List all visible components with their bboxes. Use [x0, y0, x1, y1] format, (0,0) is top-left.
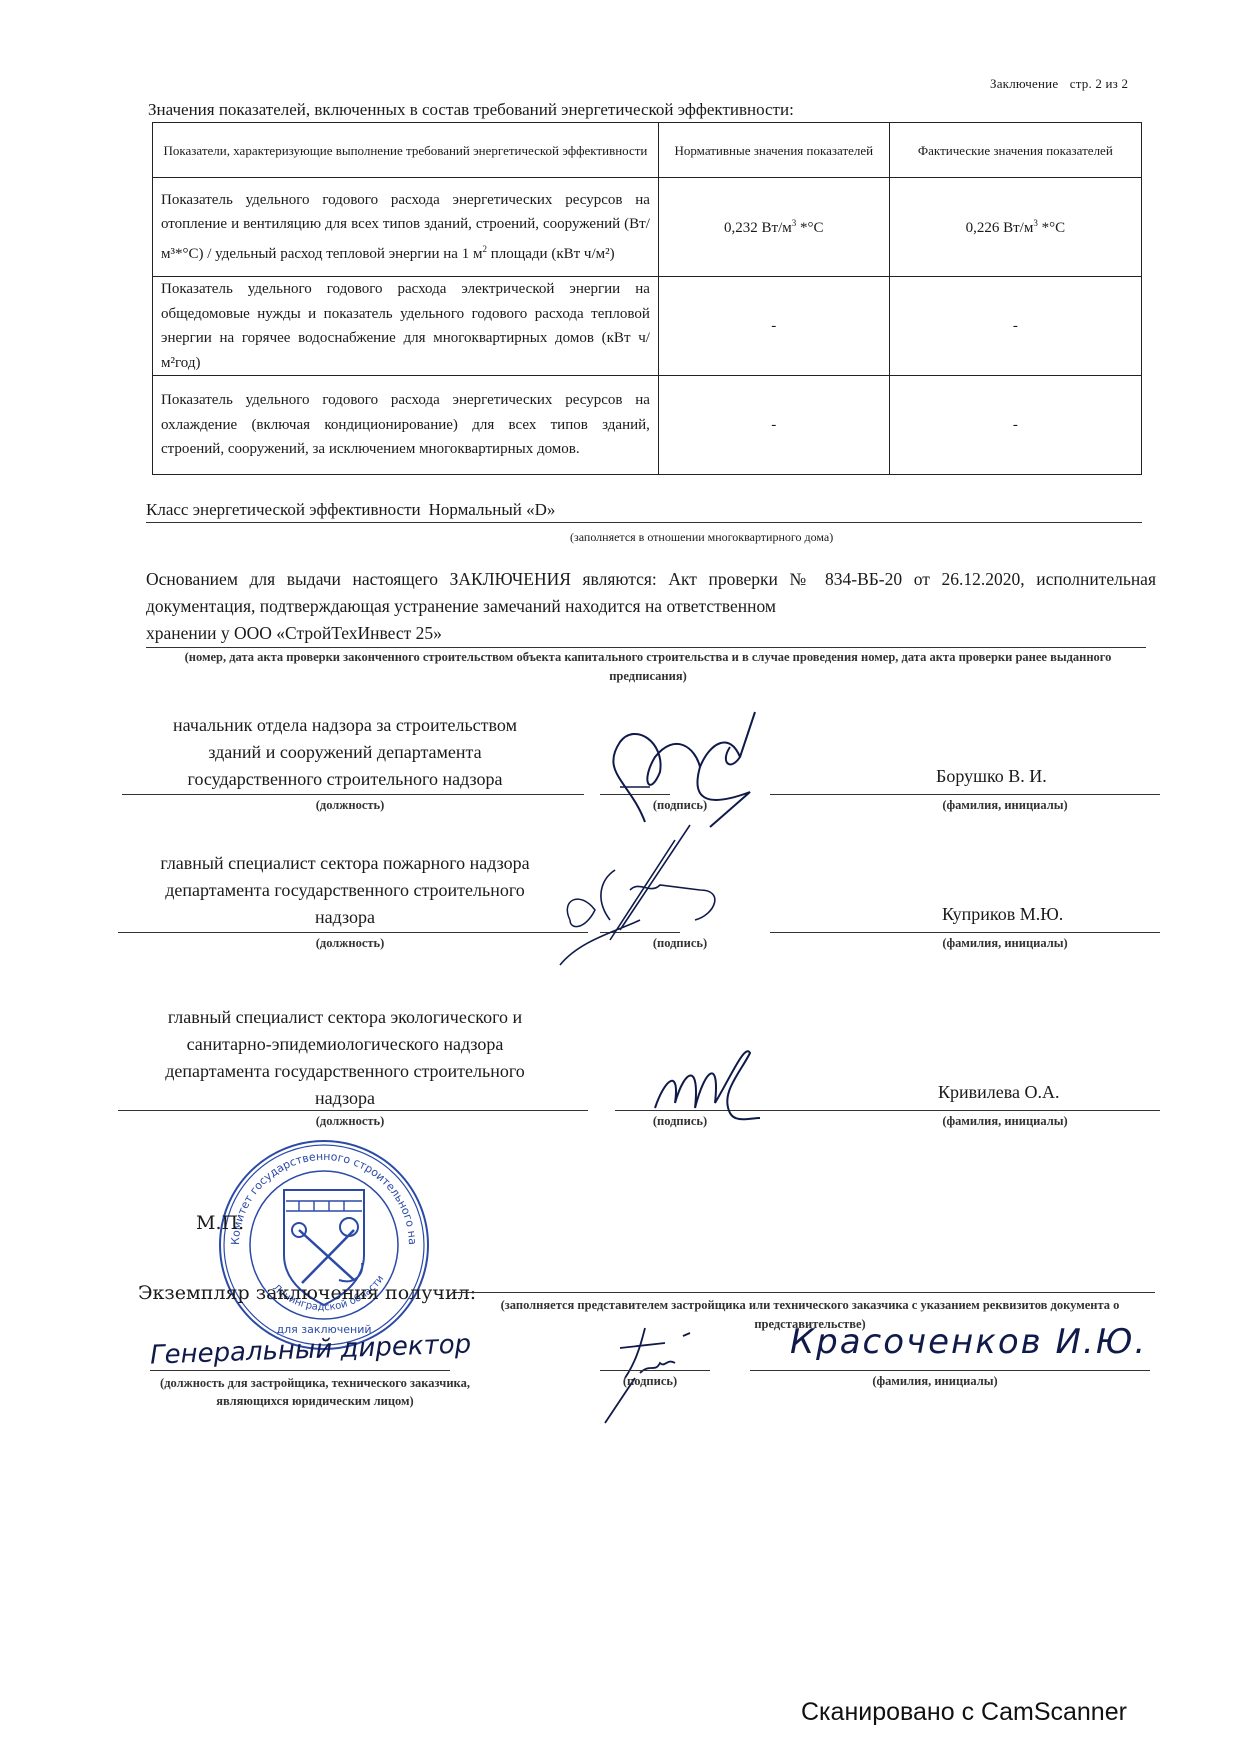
scanner-watermark: Сканировано с CamScanner [801, 1698, 1127, 1727]
table-row: Показатель удельного годового расхода эл… [153, 277, 1142, 376]
signature-scribble [500, 820, 730, 970]
column-header-normative: Нормативные значения показателей [658, 123, 889, 178]
position-line: государственного строительного надзора [110, 766, 580, 793]
signatory-name: Куприков М.Ю. [942, 904, 1063, 925]
row-actual-value: 0,226 Вт/м3 *°С [889, 178, 1141, 277]
energy-class-label: Класс энергетической эффективности [146, 500, 421, 519]
recipient-name-underline [750, 1370, 1150, 1371]
recipient-position-underline [150, 1370, 450, 1371]
signatory-position: начальник отдела надзора за строительств… [110, 712, 580, 793]
doc-label: Заключение [990, 76, 1058, 91]
row-normative-value: 0,232 Вт/м3 *°С [658, 178, 889, 277]
name-underline [770, 794, 1160, 795]
position-caption: (должность) [290, 936, 410, 951]
name-caption: (фамилия, инициалы) [920, 1114, 1090, 1129]
recipient-handwritten-position: Генеральный директор [150, 1329, 472, 1370]
position-line: департамента государственного строительн… [110, 1058, 580, 1085]
row-description: Показатель удельного годового расхода эн… [153, 376, 659, 475]
position-line: санитарно-эпидемиологического надзора [110, 1031, 580, 1058]
signatory-position: главный специалист сектора экологическог… [110, 1004, 580, 1112]
stamp-place-label: М.П. [196, 1212, 244, 1234]
row-actual-value: - [889, 277, 1141, 376]
position-caption: (должность) [290, 798, 410, 813]
section-title: Значения показателей, включенных в соста… [148, 100, 794, 120]
recipient-handwritten-name: Красоченков И.Ю. [790, 1322, 1147, 1362]
page-reference: Заключение стр. 2 из 2 [990, 76, 1128, 92]
column-header-indicator: Показатели, характеризующие выполнение т… [153, 123, 659, 178]
name-underline [770, 932, 1160, 933]
indicators-table: Показатели, характеризующие выполнение т… [152, 122, 1142, 475]
row-description: Показатель удельного годового расхода эл… [153, 277, 659, 376]
row-actual-value: - [889, 376, 1141, 475]
position-line: надзора [110, 1085, 580, 1112]
recipient-label-text: Экземпляр заключения получил [138, 1282, 470, 1304]
official-stamp-icon: Комитет государственного строительного н… [214, 1135, 434, 1355]
row-normative-value: - [658, 277, 889, 376]
name-caption: (фамилия, инициалы) [920, 798, 1090, 813]
position-line: главный специалист сектора экологическог… [110, 1004, 580, 1031]
recipient-signature-underline [600, 1370, 710, 1371]
recipient-signature-scribble [595, 1318, 715, 1428]
position-line: зданий и сооружений департамента [110, 739, 580, 766]
name-underline [770, 1110, 1160, 1111]
page-indicator: стр. 2 из 2 [1070, 76, 1128, 91]
table-row: Показатель удельного годового расхода эн… [153, 178, 1142, 277]
energy-class-value: Нормальный «D» [429, 500, 556, 519]
recipient-position-caption: (должность для застройщика, технического… [155, 1374, 475, 1410]
basis-text-last-line: хранении у ООО «СтройТехИнвест 25» [146, 620, 1146, 648]
signature-scribble [650, 1038, 780, 1128]
recipient-name-caption: (фамилия, инициалы) [850, 1374, 1020, 1389]
recipient-label: Экземпляр заключения получил: [138, 1282, 476, 1304]
position-underline [122, 794, 584, 795]
recipient-underline [455, 1292, 1155, 1293]
recipient-signature-caption: (подпись) [610, 1374, 690, 1389]
table-row: Показатель удельного годового расхода эн… [153, 376, 1142, 475]
row-normative-value: - [658, 376, 889, 475]
signatory-name: Борушко В. И. [936, 766, 1047, 787]
basis-note: (номер, дата акта проверки законченного … [148, 648, 1148, 686]
basis-text: Основанием для выдачи настоящего ЗАКЛЮЧЕ… [146, 569, 1156, 616]
table-header-row: Показатели, характеризующие выполнение т… [153, 123, 1142, 178]
row-description: Показатель удельного годового расхода эн… [153, 178, 659, 277]
basis-paragraph: Основанием для выдачи настоящего ЗАКЛЮЧЕ… [146, 566, 1156, 648]
energy-class-line: Класс энергетической эффективностиНормал… [146, 500, 1142, 523]
position-line: начальник отдела надзора за строительств… [110, 712, 580, 739]
position-underline [118, 1110, 588, 1111]
signatory-name: Кривилева О.А. [938, 1082, 1060, 1103]
column-header-actual: Фактические значения показателей [889, 123, 1141, 178]
name-caption: (фамилия, инициалы) [920, 936, 1090, 951]
energy-class-note: (заполняется в отношении многоквартирног… [570, 530, 833, 545]
position-caption: (должность) [290, 1114, 410, 1129]
